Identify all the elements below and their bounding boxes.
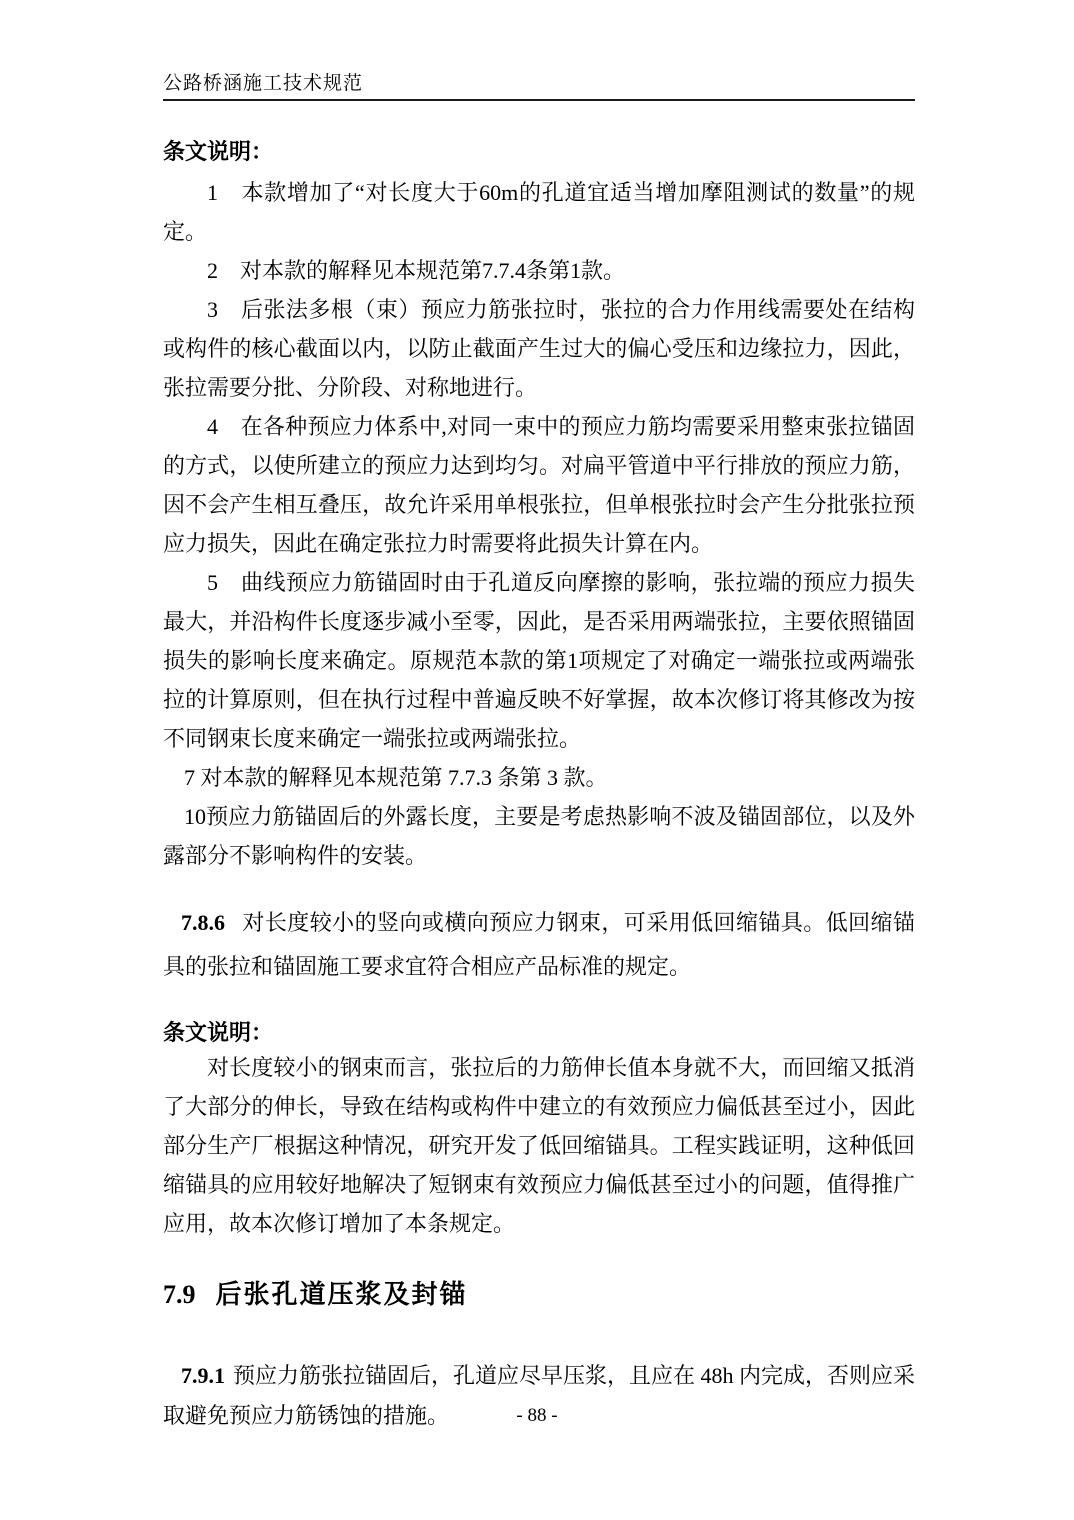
commentary-item-10: 10预应力筋锚固后的外露长度，主要是考虑热影响不波及锚固部位，以及外露部分不影响… xyxy=(163,797,915,875)
commentary-item-2: 2 对本款的解释见本规范第7.7.4条第1款。 xyxy=(163,251,915,290)
page: 公路桥涵施工技术规范 条文说明： 1 本款增加了“对长度大于60m的孔道宜适当增… xyxy=(0,0,1074,1520)
section-heading-7-9: 7.9后张孔道压浆及封锚 xyxy=(163,1276,915,1313)
commentary-item-7: 7 对本款的解释见本规范第 7.7.3 条第 3 款。 xyxy=(163,758,915,797)
page-header: 公路桥涵施工技术规范 xyxy=(163,70,915,101)
section-title: 后张孔道压浆及封锚 xyxy=(216,1279,468,1309)
commentary-item-5: 5 曲线预应力筋锚固时由于孔道反向摩擦的影响，张拉端的预应力损失最大，并沿构件长… xyxy=(163,563,915,758)
header-rule xyxy=(163,99,915,101)
page-content: 公路桥涵施工技术规范 条文说明： 1 本款增加了“对长度大于60m的孔道宜适当增… xyxy=(163,0,915,1436)
commentary-section-2: 条文说明： 对长度较小的钢束而言，张拉后的力筋伸长值本身就不大，而回缩又抵消了大… xyxy=(163,1018,915,1243)
commentary-item-1: 1 本款增加了“对长度大于60m的孔道宜适当增加摩阻测试的数量”的规定。 xyxy=(163,173,915,251)
clause-7-8-6: 7.8.6对长度较小的竖向或横向预应力钢束，可采用低回缩锚具。低回缩锚具的张拉和… xyxy=(163,901,915,989)
commentary-section-1: 条文说明： 1 本款增加了“对长度大于60m的孔道宜适当增加摩阻测试的数量”的规… xyxy=(163,137,915,875)
section-number: 7.9 xyxy=(163,1280,196,1309)
clause-number: 7.9.1 xyxy=(181,1363,225,1388)
document-title: 公路桥涵施工技术规范 xyxy=(163,70,915,98)
commentary-item-3: 3 后张法多根（束）预应力筋张拉时，张拉的合力作用线需要处在结构或构件的核心截面… xyxy=(163,290,915,407)
commentary-item-4: 4 在各种预应力体系中,对同一束中的预应力筋均需要采用整束张拉锚固的方式，以使所… xyxy=(163,407,915,563)
clause-text: 对长度较小的竖向或横向预应力钢束，可采用低回缩锚具。低回缩锚具的张拉和锚固施工要… xyxy=(163,910,915,979)
page-footer: - 88 - xyxy=(0,1403,1074,1429)
commentary-label: 条文说明： xyxy=(163,137,915,167)
commentary-paragraph: 对长度较小的钢束而言，张拉后的力筋伸长值本身就不大，而回缩又抵消了大部分的伸长，… xyxy=(163,1048,915,1243)
clause-number: 7.8.6 xyxy=(181,910,225,935)
commentary-label: 条文说明： xyxy=(163,1018,915,1048)
page-number: - 88 - xyxy=(516,1405,557,1426)
